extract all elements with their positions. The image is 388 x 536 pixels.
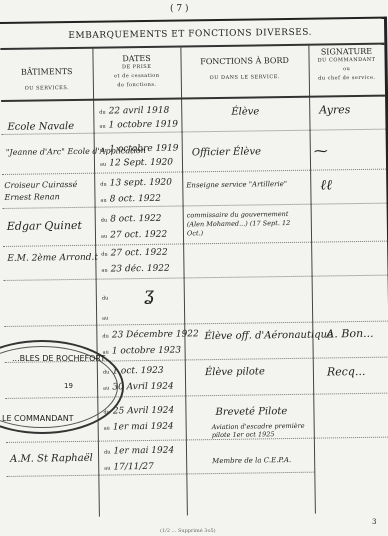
date-from-cell: du1 octobre 1919 (100, 144, 179, 155)
date-to-cell: au1 octobre 1919 (99, 120, 178, 131)
divider (4, 275, 388, 281)
divider (180, 45, 188, 515)
divider (2, 169, 386, 175)
fonction-cell: Élève off. d'Aéronautique (204, 329, 333, 342)
fonction-cell: Membre de la C.E.P.A. (212, 456, 291, 465)
date-from-cell: du23 Décembre 1922 (102, 329, 198, 340)
fonction-cell: Élève pilote (205, 366, 265, 378)
date-to-cell: au27 oct. 1922 (101, 230, 167, 241)
date-from-cell: du1er mai 1924 (104, 446, 174, 457)
scribble-mark: ʓ (144, 284, 154, 305)
date-to-cell: au8 oct. 1922 (100, 194, 161, 205)
signature-cell: Ayres (319, 103, 350, 116)
date-to-cell: au1 octobre 1923 (103, 346, 182, 357)
divider (6, 437, 388, 443)
signature-cell: Recq... (327, 365, 366, 379)
stamp-text-top: ...BLES DE ROCHEFORT (12, 354, 105, 363)
batiment-cell: A.M. St Raphaël (10, 453, 93, 465)
divider (1, 95, 385, 102)
date-from-cell: du (102, 292, 112, 302)
column-header-signature: SIGNATUREDU COMMANDANToudu chef de servi… (308, 47, 384, 84)
date-to-cell: au1er mai 1924 (104, 422, 174, 433)
page-title: EMBARQUEMENTS ET FONCTIONS DIVERSES. (40, 27, 340, 41)
column-header-batiments: BÂTIMENTSOU SERVICES. (1, 67, 93, 94)
divider (4, 321, 388, 327)
footer-note: (1/2 ... Supprimé 3o5) (160, 528, 216, 534)
date-to-cell: au (102, 312, 111, 322)
divider (3, 203, 387, 209)
divider (92, 47, 100, 517)
fonction-cell: Élève (231, 106, 259, 117)
fonction-cell: Officier Élève (192, 146, 261, 158)
divider (6, 472, 314, 477)
stamp-text-bottom: LE COMMANDANT (2, 414, 74, 423)
signature-cell: ⁓ (314, 143, 328, 159)
batiment-cell: E.M. 2ème Arrond.t (7, 253, 98, 264)
stamp-year: 19 (64, 382, 73, 390)
batiment-cell: Ecole Navale (7, 121, 74, 133)
batiment-cell: Edgar Quinet (7, 219, 82, 233)
date-to-cell: au23 déc. 1922 (101, 264, 169, 275)
divider (3, 241, 387, 247)
date-from-cell: du27 oct. 1922 (101, 248, 168, 259)
fonction-note: Aviation d'escadre première pilote 1er o… (212, 422, 312, 439)
fonction-cell: Breveté Pilote (215, 406, 287, 418)
signature-cell: A. Bon... (326, 327, 373, 341)
batiment-cell: Croiseur Cuirassé Ernest Renan (4, 179, 92, 204)
fonction-cell: commissaire du gouvernement (Alen Mohame… (187, 210, 307, 239)
fonction-cell: Enseigne service "Artillerie" (186, 180, 287, 189)
corner-number: 3 (372, 518, 376, 526)
register-table: EMBARQUEMENTS ET FONCTIONS DIVERSES. BÂT… (0, 17, 388, 512)
column-header-fonctions: FONCTIONS À BORDOU DANS LE SERVICE. (181, 56, 309, 84)
date-to-cell: au12 Sept. 1920 (100, 158, 173, 169)
date-to-cell: au17/11/27 (104, 462, 154, 473)
column-header-dates: DATESDE PRISEet de cessationde fonctions… (92, 53, 180, 90)
signature-cell: ℓℓ (320, 177, 332, 194)
date-from-cell: du22 avril 1918 (99, 106, 169, 117)
date-from-cell: du13 sept. 1920 (100, 178, 172, 189)
page-number: ( 7 ) (170, 4, 188, 14)
date-from-cell: du8 oct. 1922 (101, 214, 162, 225)
divider (308, 44, 316, 514)
